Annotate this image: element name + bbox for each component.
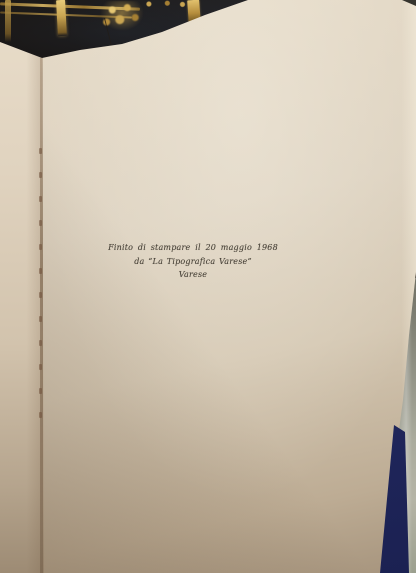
stitch-mark (39, 412, 42, 418)
colophon-line-2: da “La Tipografica Varese” (103, 255, 283, 269)
stitch-mark (39, 244, 42, 250)
stitch-mark (39, 196, 42, 202)
colophon-line-3: Varese (103, 268, 283, 282)
stitch-mark (39, 148, 42, 154)
stitch-mark (39, 340, 42, 346)
gold-tooling-band (56, 0, 67, 36)
book-photo: Finito di stampare il 20 maggio 1968 da … (0, 0, 416, 573)
colophon-line-1: Finito di stampare il 20 maggio 1968 (103, 241, 283, 255)
colophon-text: Finito di stampare il 20 maggio 1968 da … (103, 241, 283, 282)
stitch-mark (39, 172, 42, 178)
gold-tooling-band (5, 0, 11, 42)
stitch-mark (39, 292, 42, 298)
gold-tooling-specks (142, 0, 188, 8)
colophon-page (0, 0, 416, 573)
stitch-mark (39, 364, 42, 370)
stitch-mark (39, 388, 42, 394)
stitch-mark (39, 316, 42, 322)
stitch-mark (39, 268, 42, 274)
stitch-mark (39, 220, 42, 226)
